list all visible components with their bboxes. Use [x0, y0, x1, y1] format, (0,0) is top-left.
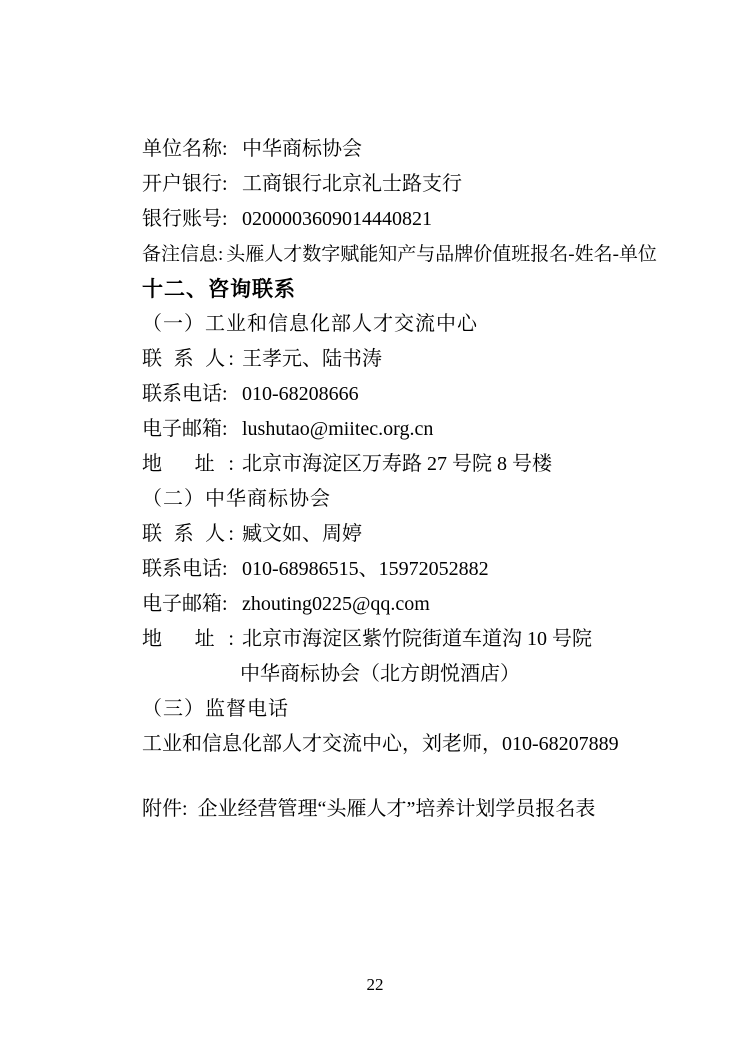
contact-row-address: 地 址:北京市海淀区紫竹院街道车道沟 10 号院: [142, 622, 642, 657]
contact-row-person: 联 系 人:臧文如、周婷: [142, 517, 642, 552]
address-continuation: 中华商标协会（北方朗悦酒店）: [142, 657, 642, 692]
row-label: 联系电话:: [142, 377, 234, 412]
subsection-2-title: （二）中华商标协会: [142, 482, 642, 517]
supervision-phone-line: 工业和信息化部人才交流中心，刘老师，010-68207889: [142, 727, 642, 762]
row-value: 010-68208666: [242, 383, 359, 405]
bank-row-account-number: 银行账号:0200003609014440821: [142, 202, 642, 237]
attachment-label: 附件:: [142, 792, 188, 827]
row-label: 联系电话:: [142, 552, 234, 587]
row-label: 地 址:: [142, 622, 234, 657]
section-heading: 十二、咨询联系: [142, 272, 642, 307]
bank-row-unit-name: 单位名称:中华商标协会: [142, 132, 642, 167]
bank-row-remark: 备注信息:头雁人才数字赋能知产与品牌价值班报名-姓名-单位: [142, 237, 642, 272]
row-value: 王孝元、陆书涛: [242, 348, 382, 370]
contact-row-phone: 联系电话:010-68986515、15972052882: [142, 552, 642, 587]
bank-row-bank-name: 开户银行:工商银行北京礼士路支行: [142, 167, 642, 202]
row-label: 电子邮箱:: [142, 587, 234, 622]
row-value: 头雁人才数字赋能知产与品牌价值班报名-姓名-单位: [226, 244, 657, 265]
row-label: 联 系 人:: [142, 517, 234, 552]
subsection-3-title: （三）监督电话: [142, 692, 642, 727]
row-label: 电子邮箱:: [142, 412, 234, 447]
contact-row-phone: 联系电话:010-68208666: [142, 377, 642, 412]
document-body: 单位名称:中华商标协会 开户银行:工商银行北京礼士路支行 银行账号:020000…: [142, 132, 642, 827]
contact-row-email: 电子邮箱:lushutao@miitec.org.cn: [142, 412, 642, 447]
row-value: 010-68986515、15972052882: [242, 558, 489, 580]
row-value: lushutao@miitec.org.cn: [242, 418, 433, 440]
page-number: 22: [0, 972, 750, 998]
attachment-value: 企业经营管理“头雁人才”培养计划学员报名表: [198, 798, 596, 820]
row-value: 工商银行北京礼士路支行: [242, 173, 462, 195]
row-value: 北京市海淀区万寿路 27 号院 8 号楼: [242, 453, 552, 475]
subsection-1-title: （一）工业和信息化部人才交流中心: [142, 307, 642, 342]
contact-row-person: 联 系 人:王孝元、陆书涛: [142, 342, 642, 377]
document-page: 单位名称:中华商标协会 开户银行:工商银行北京礼士路支行 银行账号:020000…: [0, 0, 750, 1060]
row-label: 备注信息:: [142, 237, 223, 272]
row-label: 单位名称:: [142, 132, 234, 167]
row-value: 臧文如、周婷: [242, 523, 362, 545]
row-label: 开户银行:: [142, 167, 234, 202]
row-value: zhouting0225@qq.com: [242, 593, 430, 615]
row-value: 0200003609014440821: [242, 208, 432, 230]
contact-row-address: 地 址:北京市海淀区万寿路 27 号院 8 号楼: [142, 447, 642, 482]
row-value: 北京市海淀区紫竹院街道车道沟 10 号院: [242, 628, 592, 650]
row-label: 银行账号:: [142, 202, 234, 237]
row-label: 联 系 人:: [142, 342, 234, 377]
row-value: 中华商标协会: [242, 138, 362, 160]
row-label: 地 址:: [142, 447, 234, 482]
attachment-line: 附件:企业经营管理“头雁人才”培养计划学员报名表: [142, 792, 642, 827]
contact-row-email: 电子邮箱:zhouting0225@qq.com: [142, 587, 642, 622]
